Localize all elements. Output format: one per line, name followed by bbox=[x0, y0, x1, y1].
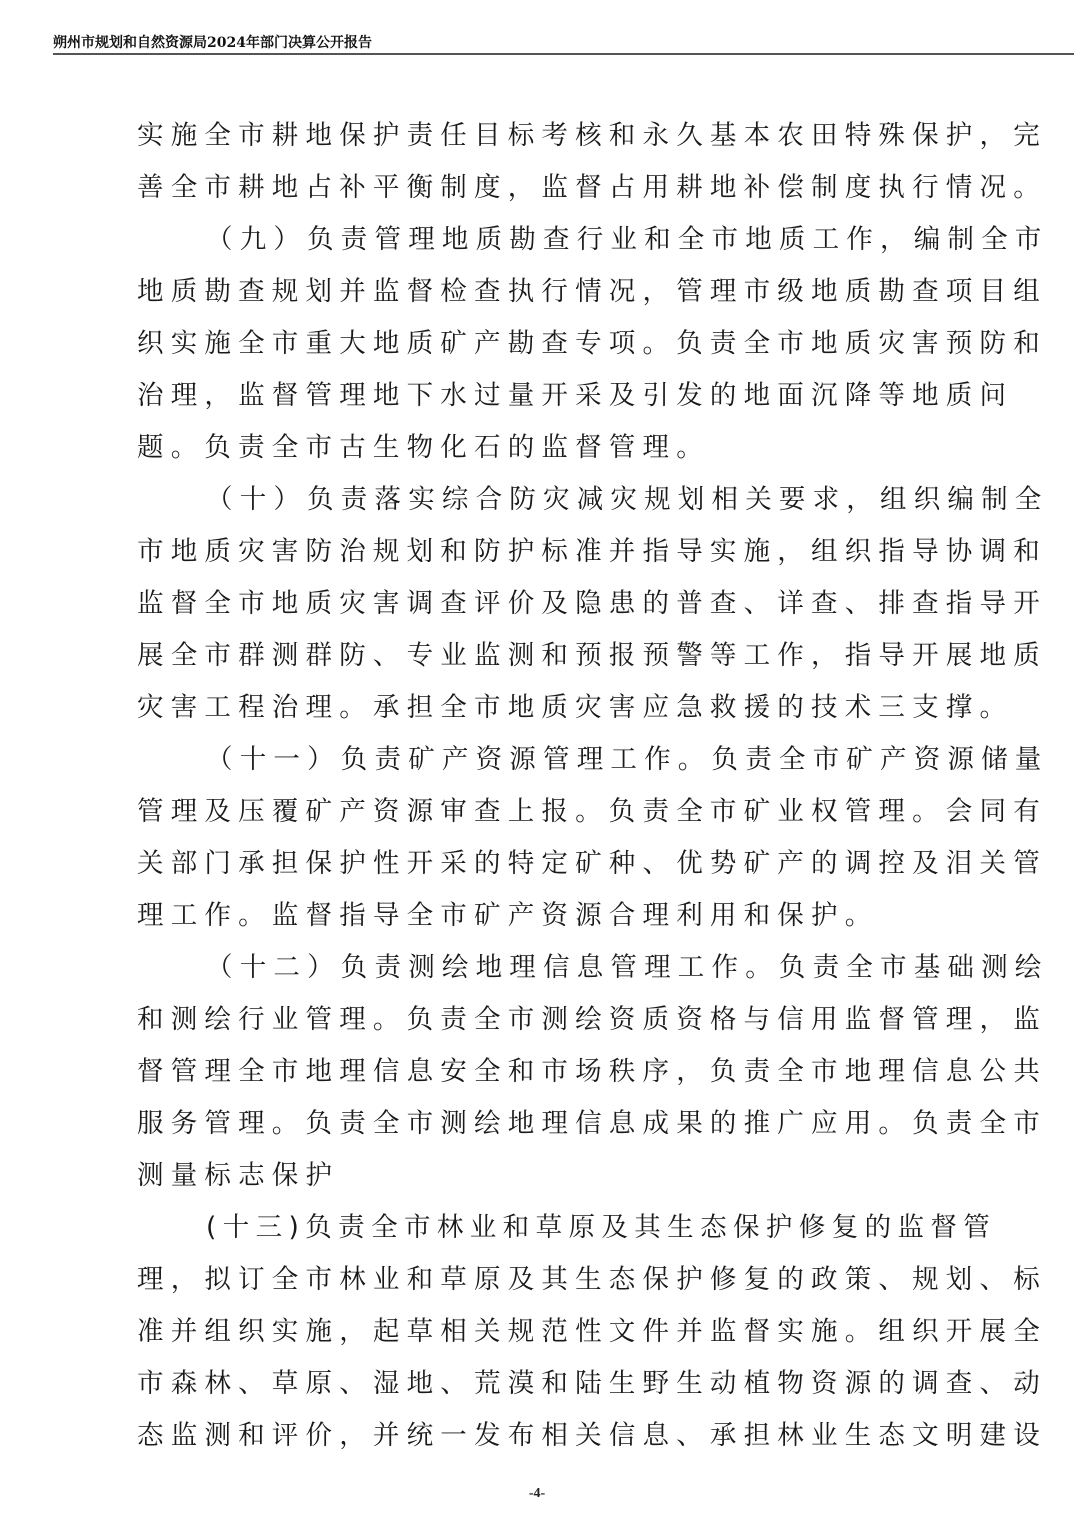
paragraph-heading-13: (十三)负责全市林业和草原及其生态保护修复的监督管 bbox=[137, 1202, 947, 1254]
paragraph-heading-9: （九）负责管理地质勘查行业和全市地质工作，编制全市 bbox=[137, 214, 947, 266]
text-line: 督管理全市地理信息安全和市场秩序，负责全市地理信息公共 bbox=[137, 1046, 947, 1098]
text-line: 测量标志保护 bbox=[137, 1150, 947, 1202]
text-line: 灾害工程治理。承担全市地质灾害应急救援的技术三支撑。 bbox=[137, 682, 947, 734]
text-line: 态监测和评价，并统一发布相关信息、承担林业生态文明建设 bbox=[137, 1410, 947, 1462]
paragraph-heading-11: （十一）负责矿产资源管理工作。负责全市矿产资源储量 bbox=[137, 734, 947, 786]
text-line: 题。负责全市古生物化石的监督管理。 bbox=[137, 422, 947, 474]
text-line: 监督全市地质灾害调查评价及隐患的普查、详查、排查指导开 bbox=[137, 578, 947, 630]
paragraph-heading-12: （十二）负责测绘地理信息管理工作。负责全市基础测绘 bbox=[137, 942, 947, 994]
text-line: 管理及压覆矿产资源审查上报。负责全市矿业权管理。会同有 bbox=[137, 786, 947, 838]
text-line: 和测绘行业管理。负责全市测绘资质资格与信用监督管理，监 bbox=[137, 994, 947, 1046]
text-line: 关部门承担保护性开采的特定矿种、优势矿产的调控及泪关管 bbox=[137, 838, 947, 890]
text-line: 市森林、草原、湿地、荒漠和陆生野生动植物资源的调查、动 bbox=[137, 1358, 947, 1410]
text-line: 织实施全市重大地质矿产勘查专项。负责全市地质灾害预防和 bbox=[137, 318, 947, 370]
text-line: 治理，监督管理地下水过量开采及引发的地面沉降等地质问 bbox=[137, 370, 947, 422]
text-line: 实施全市耕地保护责任目标考核和永久基本农田特殊保护，完 bbox=[137, 110, 947, 162]
text-line: 理，拟订全市林业和草原及其生态保护修复的政策、规划、标 bbox=[137, 1254, 947, 1306]
text-line: 准并组织实施，起草相关规范性文件并监督实施。组织开展全 bbox=[137, 1306, 947, 1358]
page-number: -4- bbox=[0, 1486, 1074, 1502]
text-line: 服务管理。负责全市测绘地理信息成果的推广应用。负责全市 bbox=[137, 1098, 947, 1150]
paragraph-heading-10: （十）负责落实综合防灾减灾规划相关要求，组织编制全 bbox=[137, 474, 947, 526]
text-line: 展全市群测群防、专业监测和预报预警等工作，指导开展地质 bbox=[137, 630, 947, 682]
text-line: 地质勘查规划并监督检查执行情况，管理市级地质勘查项目组 bbox=[137, 266, 947, 318]
page-header-title: 朔州市规划和自然资源局2024年部门决算公开报告 bbox=[53, 32, 372, 52]
header-divider bbox=[53, 53, 1074, 55]
document-body: 实施全市耕地保护责任目标考核和永久基本农田特殊保护，完 善全市耕地占补平衡制度，… bbox=[137, 110, 947, 1462]
text-line: 理工作。监督指导全市矿产资源合理利用和保护。 bbox=[137, 890, 947, 942]
text-line: 善全市耕地占补平衡制度，监督占用耕地补偿制度执行情况。 bbox=[137, 162, 947, 214]
text-line: 市地质灾害防治规划和防护标准并指导实施，组织指导协调和 bbox=[137, 526, 947, 578]
